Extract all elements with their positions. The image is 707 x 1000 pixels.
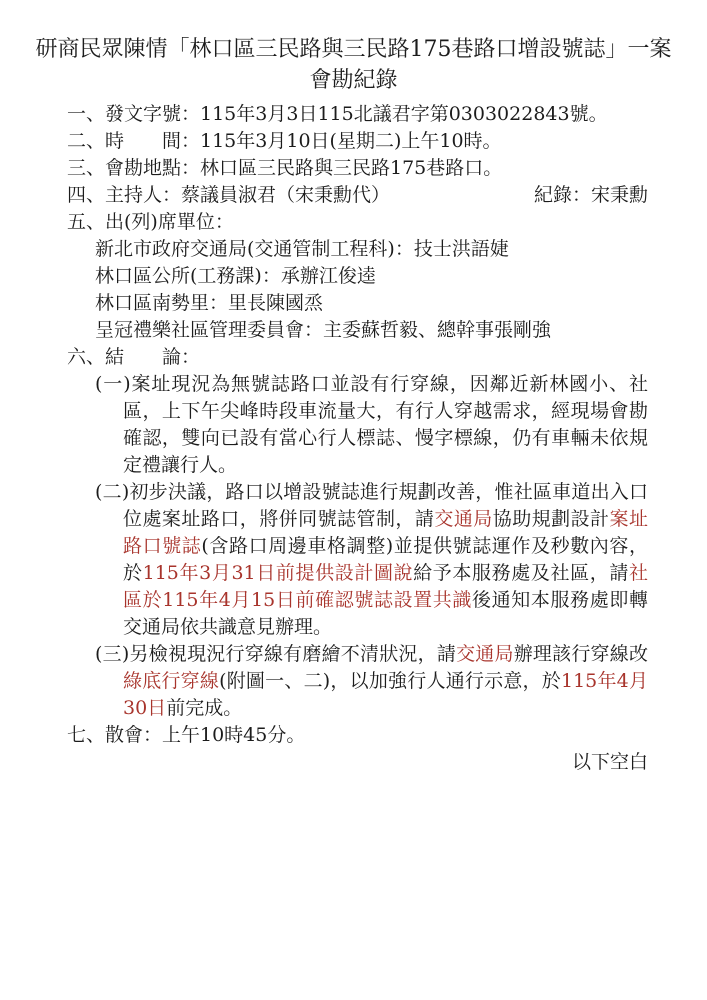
text-segment: 綠底行穿線 <box>123 670 219 692</box>
line-meeting-location: 三、會勘地點：林口區三民路與三民路175巷路口。 <box>67 155 648 182</box>
document-title-block: 研商民眾陳情「林口區三民路與三民路175巷路口增設號誌」一案 會勘紀錄 <box>0 0 707 96</box>
text-segment: 交通局 <box>456 643 514 665</box>
document-subtitle: 會勘紀錄 <box>0 65 707 96</box>
footer-note: 以下空白 <box>67 749 648 776</box>
attendee-item: 呈冠禮樂社區管理委員會：主委蘇哲毅、總幹事張剛強 <box>67 317 648 344</box>
text-segment: (三)另檢視現況行穿線有磨繪不清狀況，請 <box>95 643 456 665</box>
attendee-item: 林口區南勢里：里長陳國烝 <box>67 290 648 317</box>
text-segment: 交通局 <box>434 508 492 530</box>
text-segment: 協助規劃設計 <box>493 508 610 530</box>
line-adjournment: 七、散會：上午10時45分。 <box>67 722 648 749</box>
text-segment: 115年3月31日前提供設計圖說 <box>143 562 414 584</box>
document-page: 研商民眾陳情「林口區三民路與三民路175巷路口增設號誌」一案 會勘紀錄 一、發文… <box>0 0 707 1000</box>
document-title: 研商民眾陳情「林口區三民路與三民路175巷路口增設號誌」一案 <box>0 34 707 65</box>
line-attendees-header: 五、出(列)席單位： <box>67 209 648 236</box>
line-host: 四、主持人：蔡議員淑君（宋秉勳代） 紀錄：宋秉勳 <box>67 182 648 209</box>
text-segment: (一)案址現況為無號誌路口並設有行穿線，因鄰近新林國小、社區，上下午尖峰時段車流… <box>95 373 648 476</box>
text-segment: 前完成。 <box>166 697 242 719</box>
line-meeting-time: 二、時 間：115年3月10日(星期二)上午10時。 <box>67 128 648 155</box>
conclusion-item-3: (三)另檢視現況行穿線有磨繪不清狀況，請交通局辦理該行穿線改綠底行穿線(附圖一、… <box>67 641 648 722</box>
text-segment: (附圖一、二)，以加強行人通行示意，於 <box>219 670 561 692</box>
text-segment: 給予本服務處及社區，請 <box>413 562 629 584</box>
attendee-item: 林口區公所(工務課)：承辦江俊逵 <box>67 263 648 290</box>
line-conclusion-header: 六、結 論： <box>67 344 648 371</box>
line-doc-number: 一、發文字號：115年3月3日115北議君字第0303022843號。 <box>67 101 648 128</box>
host-label: 四、主持人：蔡議員淑君（宋秉勳代） <box>67 182 390 209</box>
text-segment: 辦理該行穿線改 <box>514 643 648 665</box>
document-body: 一、發文字號：115年3月3日115北議君字第0303022843號。 二、時 … <box>0 101 707 776</box>
recorder-label: 紀錄：宋秉勳 <box>534 182 648 209</box>
conclusion-item-1: (一)案址現況為無號誌路口並設有行穿線，因鄰近新林國小、社區，上下午尖峰時段車流… <box>67 371 648 479</box>
attendee-item: 新北市政府交通局(交通管制工程科)：技士洪語婕 <box>67 236 648 263</box>
conclusion-item-2: (二)初步決議，路口以增設號誌進行規劃改善，惟社區車道出入口位處案址路口，將併同… <box>67 479 648 641</box>
